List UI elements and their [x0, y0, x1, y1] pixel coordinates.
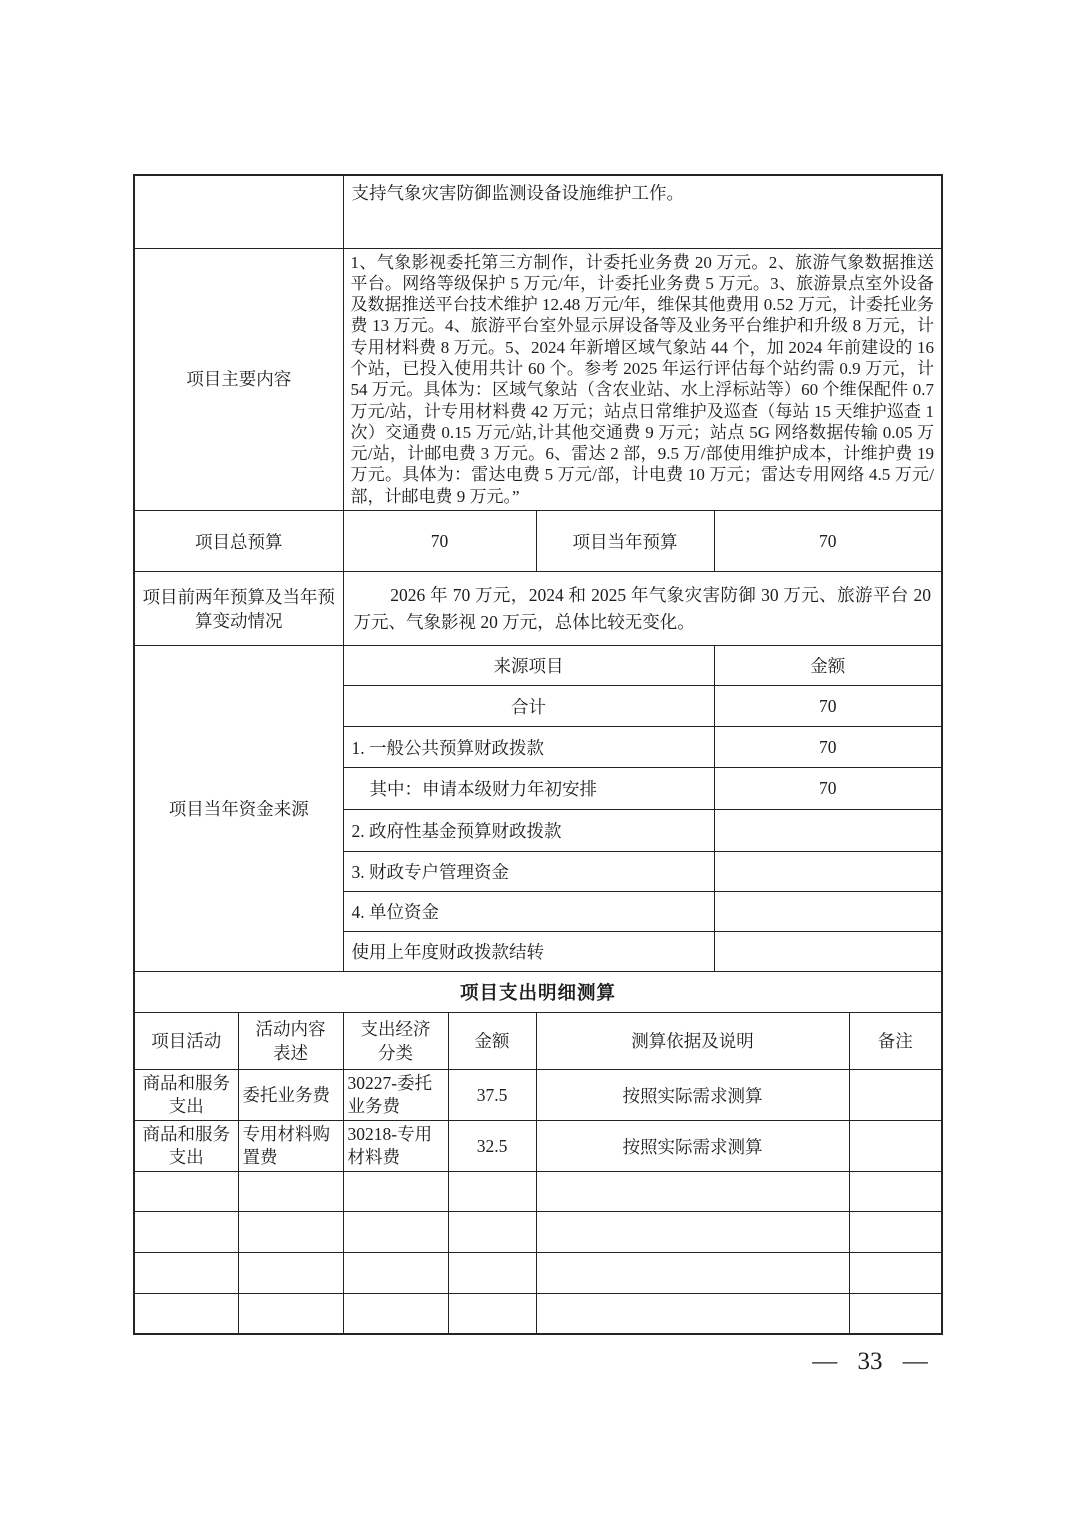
cell-description: 专用材料购置费	[238, 1121, 343, 1172]
cell-activity	[134, 1212, 238, 1253]
main-content-paragraph: 1、气象影视委托第三方制作，计委托业务费 20 万元。2、旅游气象数据推送平台。…	[351, 252, 935, 508]
cell-activity	[134, 1294, 238, 1334]
cell-funding-amount: 70	[714, 768, 942, 810]
cell-funding-amount: 70	[714, 727, 942, 768]
table-row: 项目主要内容 1、气象影视委托第三方制作，计委托业务费 20 万元。2、旅游气象…	[134, 248, 942, 511]
cell-basis: 按照实际需求测算	[536, 1121, 849, 1172]
cell-amount	[448, 1294, 536, 1334]
cell-prev-budget-label: 项目前两年预算及当年预算变动情况	[134, 572, 343, 646]
table-row: 项目前两年预算及当年预算变动情况 2026 年 70 万元，2024 和 202…	[134, 572, 942, 646]
cell-year-budget-value: 70	[714, 511, 942, 572]
cell-category	[343, 1172, 448, 1212]
cell-category: 30227-委托业务费	[343, 1070, 448, 1121]
table-row: 商品和服务支出 专用材料购置费 30218-专用材料费 32.5 按照实际需求测…	[134, 1121, 942, 1172]
cell-category	[343, 1253, 448, 1294]
document-page: 支持气象灾害防御监测设备设施维护工作。 项目主要内容 1、气象影视委托第三方制作…	[0, 0, 1074, 1520]
cell-funding-label: 项目当年资金来源	[134, 646, 343, 972]
cell-main-content: 1、气象影视委托第三方制作，计委托业务费 20 万元。2、旅游气象数据推送平台。…	[343, 248, 942, 511]
table-row	[134, 1212, 942, 1253]
cell-basis	[536, 1172, 849, 1212]
cell-basis	[536, 1253, 849, 1294]
cell-note	[849, 1212, 942, 1253]
cell-funding-item: 3. 财政专户管理资金	[343, 852, 714, 892]
cell-basis: 按照实际需求测算	[536, 1070, 849, 1121]
table-row	[134, 1253, 942, 1294]
cell-note	[849, 1294, 942, 1334]
cell-empty-label	[134, 175, 343, 248]
table-row	[134, 1294, 942, 1334]
cell-note	[849, 1070, 942, 1121]
cell-category: 30218-专用材料费	[343, 1121, 448, 1172]
cell-funding-item: 其中：申请本级财力年初安排	[343, 768, 714, 810]
cell-amount	[448, 1172, 536, 1212]
cell-funding-item: 使用上年度财政拨款结转	[343, 932, 714, 972]
cell-year-budget-label: 项目当年预算	[536, 511, 714, 572]
cell-description	[238, 1253, 343, 1294]
cell-activity	[134, 1172, 238, 1212]
cell-activity	[134, 1253, 238, 1294]
cell-intro-content: 支持气象灾害防御监测设备设施维护工作。	[343, 175, 942, 248]
cell-funding-amount: 70	[714, 686, 942, 727]
prev-budget-paragraph: 2026 年 70 万元，2024 和 2025 年气象灾害防御 30 万元、旅…	[354, 582, 932, 636]
table-row: 项目支出明细测算	[134, 972, 942, 1013]
table-row: 项目当年资金来源 来源项目 金额	[134, 646, 942, 686]
cell-activity: 商品和服务支出	[134, 1121, 238, 1172]
cell-note	[849, 1172, 942, 1212]
col-header-category: 支出经济分类	[343, 1013, 448, 1070]
table-row: 项目总预算 70 项目当年预算 70	[134, 511, 942, 572]
col-header-basis: 测算依据及说明	[536, 1013, 849, 1070]
col-header-amount: 金额	[448, 1013, 536, 1070]
cell-note	[849, 1121, 942, 1172]
cell-total-budget-label: 项目总预算	[134, 511, 343, 572]
cell-funding-amount	[714, 852, 942, 892]
cell-funding-amount	[714, 932, 942, 972]
col-header-note: 备注	[849, 1013, 942, 1070]
col-header-activity: 项目活动	[134, 1013, 238, 1070]
cell-prev-budget-content: 2026 年 70 万元，2024 和 2025 年气象灾害防御 30 万元、旅…	[343, 572, 942, 646]
cell-funding-item: 1. 一般公共预算财政拨款	[343, 727, 714, 768]
table-row: 商品和服务支出 委托业务费 30227-委托业务费 37.5 按照实际需求测算	[134, 1070, 942, 1121]
cell-description: 委托业务费	[238, 1070, 343, 1121]
cell-amount: 37.5	[448, 1070, 536, 1121]
table-row: 支持气象灾害防御监测设备设施维护工作。	[134, 175, 942, 248]
col-header-description: 活动内容表述	[238, 1013, 343, 1070]
cell-funding-item: 合计	[343, 686, 714, 727]
cell-note	[849, 1253, 942, 1294]
expense-table-title: 项目支出明细测算	[134, 972, 942, 1013]
cell-category	[343, 1212, 448, 1253]
cell-activity: 商品和服务支出	[134, 1070, 238, 1121]
cell-basis	[536, 1212, 849, 1253]
cell-amount	[448, 1253, 536, 1294]
cell-total-budget-value: 70	[343, 511, 536, 572]
cell-main-content-label: 项目主要内容	[134, 248, 343, 511]
table-row	[134, 1172, 942, 1212]
page-number: — 33 —	[782, 1348, 958, 1376]
cell-amount	[448, 1212, 536, 1253]
cell-basis	[536, 1294, 849, 1334]
cell-funding-col-item: 来源项目	[343, 646, 714, 686]
cell-category	[343, 1294, 448, 1334]
cell-description	[238, 1294, 343, 1334]
cell-funding-item: 2. 政府性基金预算财政拨款	[343, 810, 714, 852]
cell-amount: 32.5	[448, 1121, 536, 1172]
cell-description	[238, 1172, 343, 1212]
table-row: 项目活动 活动内容表述 支出经济分类 金额 测算依据及说明 备注	[134, 1013, 942, 1070]
cell-description	[238, 1212, 343, 1253]
cell-funding-amount	[714, 810, 942, 852]
cell-funding-amount	[714, 892, 942, 932]
cell-funding-item: 4. 单位资金	[343, 892, 714, 932]
cell-funding-col-amount: 金额	[714, 646, 942, 686]
budget-table: 支持气象灾害防御监测设备设施维护工作。 项目主要内容 1、气象影视委托第三方制作…	[133, 174, 943, 1335]
